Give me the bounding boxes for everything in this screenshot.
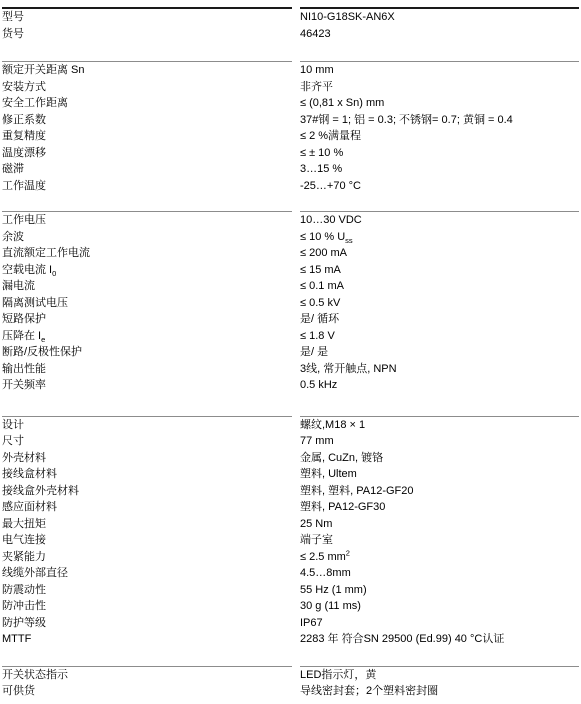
spec-value-text: 77 mm: [300, 435, 334, 447]
spec-label: 外壳材料: [2, 450, 300, 467]
spec-value-text: 4.5…8mm: [300, 567, 351, 579]
spec-value-text: 37#钢 = 1; 铝 = 0.3; 不锈钢= 0.7; 黄铜 = 0.4: [300, 114, 513, 126]
spec-value: ≤ 200 mA: [300, 245, 579, 262]
spec-label: 开关频率: [2, 377, 300, 394]
spec-row: 货号 46423: [2, 26, 579, 43]
spec-value-text: 是/ 循环: [300, 313, 339, 325]
spec-row: 接线盒材料 塑料, Ultem: [2, 466, 579, 483]
spec-label-text: 最大扭矩: [2, 518, 46, 530]
spec-label-text: 夹紧能力: [2, 551, 46, 563]
spec-label: 压降在 Ie: [2, 328, 300, 345]
spec-label-text: 线缆外部直径: [2, 567, 68, 579]
spec-label-text: 货号: [2, 28, 24, 40]
spec-section: 设计 螺纹,M18 × 1 尺寸 77 mm 外壳材料 金属, CuZn, 镀铬…: [2, 412, 579, 648]
spec-label-text: 磁滞: [2, 163, 24, 175]
spec-label-text: 接线盒材料: [2, 468, 57, 480]
spec-value: 导线密封套；2个塑料密封圈: [300, 683, 579, 700]
spec-value: 3…15 %: [300, 161, 579, 178]
spec-label: 夹紧能力: [2, 549, 300, 566]
spec-value-text: 金属, CuZn, 镀铬: [300, 452, 383, 464]
spec-row: 额定开关距离 Sn 10 mm: [2, 62, 579, 79]
spec-label: 接线盒材料: [2, 466, 300, 483]
spec-value-text: ≤ (0,81 x Sn) mm: [300, 97, 384, 109]
spec-label-text: 安全工作距离: [2, 97, 68, 109]
spec-value: ≤ 1.8 V: [300, 328, 579, 345]
spec-value: 77 mm: [300, 433, 579, 450]
spec-value: 塑料, Ultem: [300, 466, 579, 483]
spec-datasheet: 型号 NI10-G18SK-AN6X 货号 46423 额定开关距离 Sn 10…: [0, 0, 581, 704]
spec-label: 磁滞: [2, 161, 300, 178]
spec-value: ≤ 0.5 kV: [300, 295, 579, 312]
spec-value: 37#钢 = 1; 铝 = 0.3; 不锈钢= 0.7; 黄铜 = 0.4: [300, 112, 579, 129]
spec-value-text: ≤ 2.5 mm: [300, 551, 346, 563]
spec-label: 线缆外部直径: [2, 565, 300, 582]
spec-label: 直流额定工作电流: [2, 245, 300, 262]
spec-label: 防护等级: [2, 615, 300, 632]
spec-row: 安装方式 非齐平: [2, 79, 579, 96]
spec-label-subscript: 0: [52, 269, 56, 278]
spec-value: 金属, CuZn, 镀铬: [300, 450, 579, 467]
spec-label: 感应面材料: [2, 499, 300, 516]
spec-section: 工作电压 10…30 VDC 余波 ≤ 10 % Uss 直流额定工作电流 ≤ …: [2, 207, 579, 394]
spec-row: 温度漂移 ≤ ± 10 %: [2, 145, 579, 162]
spec-row: 余波 ≤ 10 % Uss: [2, 229, 579, 246]
spec-label-text: 修正系数: [2, 114, 46, 126]
spec-row: 最大扭矩 25 Nm: [2, 516, 579, 533]
spec-label: 电气连接: [2, 532, 300, 549]
spec-label-text: 空载电流 I: [2, 264, 52, 276]
spec-value: 是/ 是: [300, 344, 579, 361]
spec-label-text: 接线盒外壳材料: [2, 485, 79, 497]
spec-label-text: 直流额定工作电流: [2, 247, 90, 259]
spec-section: 额定开关距离 Sn 10 mm 安装方式 非齐平 安全工作距离 ≤ (0,81 …: [2, 57, 579, 194]
spec-label: 尺寸: [2, 433, 300, 450]
spec-label-text: 压降在 I: [2, 330, 41, 342]
spec-label-text: 短路保护: [2, 313, 46, 325]
spec-value-text: 端子室: [300, 534, 333, 546]
spec-label-text: 重复精度: [2, 130, 46, 142]
spec-value: 10…30 VDC: [300, 212, 579, 229]
spec-label: 开关状态指示: [2, 667, 300, 684]
spec-value: ≤ (0,81 x Sn) mm: [300, 95, 579, 112]
spec-value-text: 塑料, 塑料, PA12-GF20: [300, 485, 414, 497]
spec-label: 断路/反极性保护: [2, 344, 300, 361]
spec-label-text: 电气连接: [2, 534, 46, 546]
spec-value-text: 25 Nm: [300, 518, 332, 530]
spec-row: 短路保护 是/ 循环: [2, 311, 579, 328]
section-rows: 开关状态指示 LED指示灯，黄 可供货 导线密封套；2个塑料密封圈: [2, 667, 579, 700]
spec-value-text: 塑料, Ultem: [300, 468, 357, 480]
spec-label: 可供货: [2, 683, 300, 700]
spec-label-text: 隔离测试电压: [2, 297, 68, 309]
spec-value-text: ≤ 0.1 mA: [300, 280, 344, 292]
spec-row: 修正系数 37#钢 = 1; 铝 = 0.3; 不锈钢= 0.7; 黄铜 = 0…: [2, 112, 579, 129]
spec-label: 输出性能: [2, 361, 300, 378]
spec-value: 3线, 常开触点, NPN: [300, 361, 579, 378]
spec-label-text: 设计: [2, 419, 24, 431]
spec-label: 重复精度: [2, 128, 300, 145]
spec-row: 工作电压 10…30 VDC: [2, 212, 579, 229]
spec-label-text: 可供货: [2, 685, 35, 697]
spec-row: 电气连接 端子室: [2, 532, 579, 549]
spec-label: 货号: [2, 26, 300, 43]
spec-value-text: 是/ 是: [300, 346, 328, 358]
spec-label-text: 防护等级: [2, 617, 46, 629]
spec-row: 隔离测试电压 ≤ 0.5 kV: [2, 295, 579, 312]
spec-label-text: 型号: [2, 11, 24, 23]
spec-row: 直流额定工作电流 ≤ 200 mA: [2, 245, 579, 262]
spec-value-text: 3…15 %: [300, 163, 342, 175]
spec-value: 塑料, 塑料, PA12-GF20: [300, 483, 579, 500]
spec-value: 端子室: [300, 532, 579, 549]
spec-label: 防冲击性: [2, 598, 300, 615]
section-rows: 额定开关距离 Sn 10 mm 安装方式 非齐平 安全工作距离 ≤ (0,81 …: [2, 62, 579, 194]
spec-value-text: LED指示灯，黄: [300, 669, 376, 681]
spec-label-text: 安装方式: [2, 81, 46, 93]
spec-value-text: 46423: [300, 28, 331, 40]
spec-value: LED指示灯，黄: [300, 667, 579, 684]
spec-value-text: ≤ ± 10 %: [300, 147, 343, 159]
spec-label: 漏电流: [2, 278, 300, 295]
spec-row: 感应面材料 塑料, PA12-GF30: [2, 499, 579, 516]
spec-label: 额定开关距离 Sn: [2, 62, 300, 79]
spec-value-subscript: ss: [345, 236, 353, 245]
spec-value: 46423: [300, 26, 579, 43]
spec-value-text: 2283 年 符合SN 29500 (Ed.99) 40 °C认证: [300, 633, 504, 645]
spec-label: 工作温度: [2, 178, 300, 195]
spec-value: IP67: [300, 615, 579, 632]
spec-label-text: 开关状态指示: [2, 669, 68, 681]
spec-row: 设计 螺纹,M18 × 1: [2, 417, 579, 434]
spec-row: 型号 NI10-G18SK-AN6X: [2, 9, 579, 26]
spec-value: 塑料, PA12-GF30: [300, 499, 579, 516]
spec-label: 设计: [2, 417, 300, 434]
spec-row: 可供货 导线密封套；2个塑料密封圈: [2, 683, 579, 700]
spec-value: 4.5…8mm: [300, 565, 579, 582]
spec-value: 螺纹,M18 × 1: [300, 417, 579, 434]
spec-label: 余波: [2, 229, 300, 246]
spec-row: 工作温度 -25…+70 °C: [2, 178, 579, 195]
spec-label: 最大扭矩: [2, 516, 300, 533]
section-rows: 设计 螺纹,M18 × 1 尺寸 77 mm 外壳材料 金属, CuZn, 镀铬…: [2, 417, 579, 648]
divider-gap: [292, 7, 300, 8]
spec-row: 防冲击性 30 g (11 ms): [2, 598, 579, 615]
spec-value: 30 g (11 ms): [300, 598, 579, 615]
spec-row: 断路/反极性保护 是/ 是: [2, 344, 579, 361]
spec-value: 2283 年 符合SN 29500 (Ed.99) 40 °C认证: [300, 631, 579, 648]
spec-row: 外壳材料 金属, CuZn, 镀铬: [2, 450, 579, 467]
spec-label: 安全工作距离: [2, 95, 300, 112]
spec-value-text: 3线, 常开触点, NPN: [300, 363, 397, 375]
spec-row: 接线盒外壳材料 塑料, 塑料, PA12-GF20: [2, 483, 579, 500]
spec-row: 输出性能 3线, 常开触点, NPN: [2, 361, 579, 378]
spec-value-text: 导线密封套；2个塑料密封圈: [300, 685, 438, 697]
spec-value-text: 10 mm: [300, 64, 334, 76]
spec-row: 夹紧能力 ≤ 2.5 mm2: [2, 549, 579, 566]
spec-value-text: 30 g (11 ms): [300, 600, 361, 612]
spec-section: 开关状态指示 LED指示灯，黄 可供货 导线密封套；2个塑料密封圈: [2, 662, 579, 700]
spec-row: 压降在 Ie ≤ 1.8 V: [2, 328, 579, 345]
spec-value-text: IP67: [300, 617, 323, 629]
spec-row: 磁滞 3…15 %: [2, 161, 579, 178]
section-rows: 型号 NI10-G18SK-AN6X 货号 46423: [2, 9, 579, 42]
spec-label: 接线盒外壳材料: [2, 483, 300, 500]
spec-value-text: ≤ 2 %满量程: [300, 130, 361, 142]
spec-value: 非齐平: [300, 79, 579, 96]
spec-value-text: ≤ 1.8 V: [300, 330, 335, 342]
spec-value-text: ≤ 0.5 kV: [300, 297, 340, 309]
spec-label-text: 感应面材料: [2, 501, 57, 513]
spec-label: 隔离测试电压: [2, 295, 300, 312]
spec-value-text: ≤ 200 mA: [300, 247, 347, 259]
spec-label-text: MTTF: [2, 633, 31, 645]
spec-row: 漏电流 ≤ 0.1 mA: [2, 278, 579, 295]
spec-row: 开关状态指示 LED指示灯，黄: [2, 667, 579, 684]
spec-row: 重复精度 ≤ 2 %满量程: [2, 128, 579, 145]
spec-label-text: 防冲击性: [2, 600, 46, 612]
spec-value-text: 塑料, PA12-GF30: [300, 501, 385, 513]
spec-label-text: 断路/反极性保护: [2, 346, 82, 358]
spec-value-text: 10…30 VDC: [300, 214, 362, 226]
spec-label-subscript: e: [41, 335, 45, 344]
spec-section: 型号 NI10-G18SK-AN6X 货号 46423: [2, 4, 579, 42]
spec-value: ≤ 10 % Uss: [300, 229, 579, 246]
spec-value-superscript: 2: [346, 549, 350, 557]
spec-row: MTTF 2283 年 符合SN 29500 (Ed.99) 40 °C认证: [2, 631, 579, 648]
spec-label-text: 温度漂移: [2, 147, 46, 159]
spec-value-text: -25…+70 °C: [300, 180, 361, 192]
spec-value: ≤ 0.1 mA: [300, 278, 579, 295]
spec-label: MTTF: [2, 631, 300, 648]
spec-value-text: ≤ 15 mA: [300, 264, 341, 276]
spec-label: 防震动性: [2, 582, 300, 599]
spec-value: ≤ 2 %满量程: [300, 128, 579, 145]
spec-value: ≤ 15 mA: [300, 262, 579, 279]
spec-row: 防护等级 IP67: [2, 615, 579, 632]
spec-value-text: 螺纹,M18 × 1: [300, 419, 365, 431]
spec-label-text: 工作电压: [2, 214, 46, 226]
spec-value: ≤ ± 10 %: [300, 145, 579, 162]
spec-value: 25 Nm: [300, 516, 579, 533]
spec-row: 线缆外部直径 4.5…8mm: [2, 565, 579, 582]
spec-label-text: 余波: [2, 231, 24, 243]
spec-label-text: 漏电流: [2, 280, 35, 292]
spec-value-text: 非齐平: [300, 81, 333, 93]
spec-value-text: ≤ 10 % U: [300, 231, 345, 243]
spec-label: 空载电流 I0: [2, 262, 300, 279]
spec-label-text: 尺寸: [2, 435, 24, 447]
spec-label-text: 外壳材料: [2, 452, 46, 464]
spec-row: 尺寸 77 mm: [2, 433, 579, 450]
spec-row: 开关频率 0.5 kHz: [2, 377, 579, 394]
spec-value: -25…+70 °C: [300, 178, 579, 195]
spec-value: ≤ 2.5 mm2: [300, 549, 579, 566]
spec-row: 安全工作距离 ≤ (0,81 x Sn) mm: [2, 95, 579, 112]
spec-row: 空载电流 I0 ≤ 15 mA: [2, 262, 579, 279]
spec-value: 0.5 kHz: [300, 377, 579, 394]
spec-label: 工作电压: [2, 212, 300, 229]
spec-label: 安装方式: [2, 79, 300, 96]
spec-label-text: 防震动性: [2, 584, 46, 596]
spec-label: 温度漂移: [2, 145, 300, 162]
spec-value: NI10-G18SK-AN6X: [300, 9, 579, 26]
spec-label: 修正系数: [2, 112, 300, 129]
spec-label: 短路保护: [2, 311, 300, 328]
spec-value-text: NI10-G18SK-AN6X: [300, 11, 395, 23]
spec-label: 型号: [2, 9, 300, 26]
spec-value-text: 0.5 kHz: [300, 379, 337, 391]
spec-value: 55 Hz (1 mm): [300, 582, 579, 599]
section-rows: 工作电压 10…30 VDC 余波 ≤ 10 % Uss 直流额定工作电流 ≤ …: [2, 212, 579, 394]
spec-value: 是/ 循环: [300, 311, 579, 328]
spec-label-text: 开关频率: [2, 379, 46, 391]
spec-label-text: 输出性能: [2, 363, 46, 375]
spec-value: 10 mm: [300, 62, 579, 79]
spec-value-text: 55 Hz (1 mm): [300, 584, 367, 596]
spec-row: 防震动性 55 Hz (1 mm): [2, 582, 579, 599]
spec-label-text: 工作温度: [2, 180, 46, 192]
spec-label-text: 额定开关距离 Sn: [2, 64, 85, 76]
